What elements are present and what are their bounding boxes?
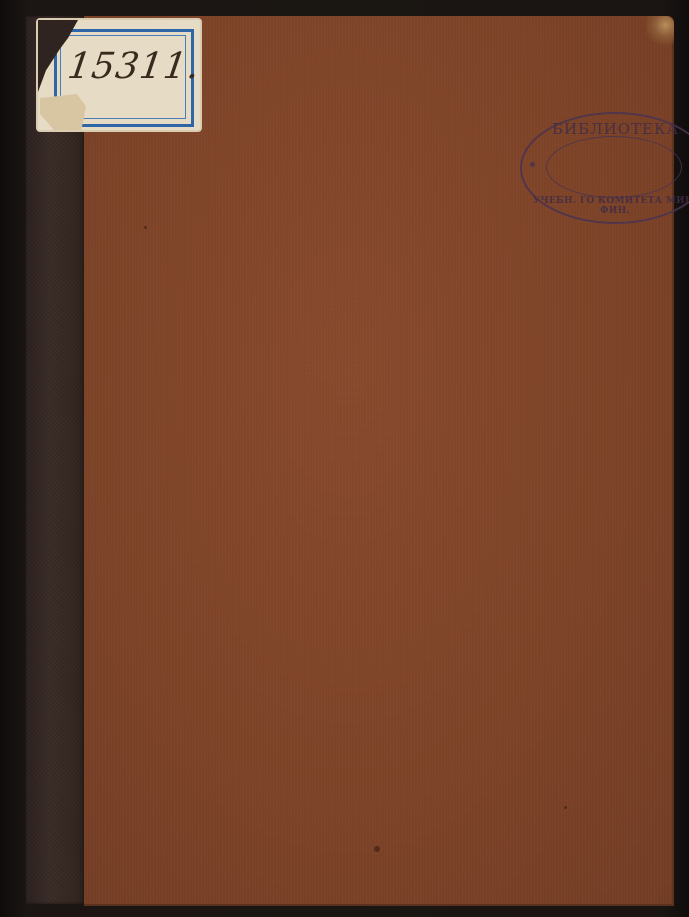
paper-spot [564,806,567,809]
paper-spot [144,226,147,229]
worn-corner [646,16,674,46]
shelf-label: 15311. [38,20,200,130]
book: БИБЛИОТЕКА УЧЕБН. ГО КОМИТЕТА МИН. ФИН. … [26,16,672,904]
stamp-inner-ring [546,136,682,198]
paper-spot [374,846,380,852]
label-number: 15311. [65,46,181,87]
book-cover: БИБЛИОТЕКА УЧЕБН. ГО КОМИТЕТА МИН. ФИН. [84,16,674,906]
stamp-dot-icon [530,162,535,167]
library-stamp: БИБЛИОТЕКА УЧЕБН. ГО КОМИТЕТА МИН. ФИН. [520,112,689,224]
stamp-bottom-text: УЧЕБН. ГО КОМИТЕТА МИН. ФИН. [530,196,689,216]
book-spine [26,16,86,904]
stamp-top-text: БИБЛИОТЕКА [552,120,678,138]
